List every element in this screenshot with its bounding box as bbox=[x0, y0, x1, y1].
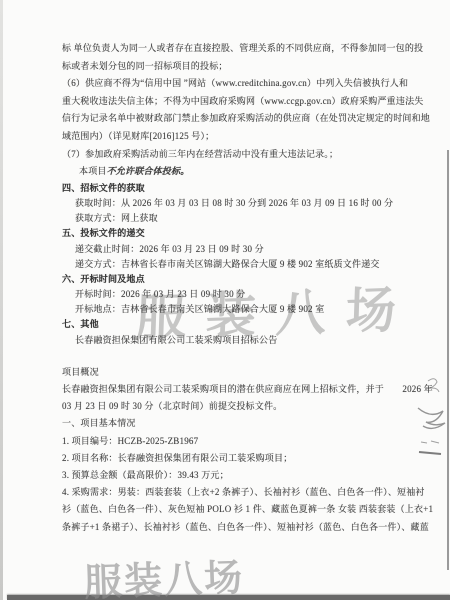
doc-line: 3. 预算总金额（最高限价）：39.43 万元； bbox=[62, 467, 402, 484]
no-consortium-line: 本项目不允许联合体投标。 bbox=[62, 163, 402, 181]
doc-line: 域范围内）（详见财库[2016]125 号）； bbox=[62, 128, 402, 146]
doc-line: 03 月 23 日 09 时 30 分（北京时间）前提交投标文件。 bbox=[62, 398, 402, 415]
doc-line: 标或者未划分包的同一招标项目的投标； bbox=[62, 58, 402, 76]
no-consortium-emphasis: 不允许联合体投标。 bbox=[107, 166, 190, 176]
doc-line: 开标时间：2026 年 03 月 23 日 09 时 30 分 bbox=[62, 287, 402, 302]
doc-line: 衫（蓝色、白色各一件）、灰色短袖 POLO 衫 1 件、藏蓝色夏裤一条 女装 西… bbox=[62, 501, 402, 518]
doc-line: 4. 采购需求：男装：西装套装（上衣+2 条裤子）、长袖衬衫（蓝色、白色各一件）… bbox=[62, 484, 402, 501]
doc-line: （7）参加政府采购活动前三年内在经营活动中没有重大违法记录。； bbox=[62, 146, 402, 164]
section-heading-4: 四、招标文件的获取 bbox=[62, 181, 402, 196]
section-heading-5: 五、投标文件的递交 bbox=[62, 226, 402, 241]
doc-line: （6）供应商不得为“信用中国 ”网站（www.creditchina.gov.c… bbox=[62, 75, 402, 93]
scanned-document-page: 服装八场 服装八场 标 单位负责人为同一人或者存在直接控股、管理关系的不同供应商… bbox=[0, 0, 450, 600]
doc-line: 长春融资担保集团有限公司工装采购项目的潜在供应商应在网上招标文件，并于 2026… bbox=[62, 381, 402, 398]
section-heading-6: 六、开标时间及地点 bbox=[62, 272, 402, 287]
watermark-bottom: 服装八场 bbox=[83, 546, 245, 600]
doc-line: 条裤子+1 条裙子）、长袖衬衫（蓝色、白色各一件）、短袖衬衫（蓝色、白色各一件）… bbox=[62, 519, 402, 536]
doc-line: 信行为记录名单中被财政部门禁止参加政府采购活动的供应商（在处罚决定规定的时间和地 bbox=[62, 110, 402, 128]
scan-bottom-shadow bbox=[7, 595, 450, 600]
doc-line: 递交截止时间：2026 年 03 月 23 日 09 时 30 分 bbox=[62, 242, 402, 257]
doc-line: 开标地点：吉林省长春市南关区锦湖大路保合大厦 9 楼 902 室 bbox=[62, 302, 402, 317]
overview-title: 项目概况 bbox=[62, 364, 402, 381]
project-overview: 项目概况 长春融资担保集团有限公司工装采购项目的潜在供应商应在网上招标文件，并于… bbox=[62, 364, 402, 536]
doc-line: 1. 项目编号：HCZB-2025-ZB1967 bbox=[62, 433, 402, 450]
doc-line: 2. 项目名称：长春融资担保集团有限公司工装采购项目； bbox=[62, 450, 402, 467]
intro-paragraphs: 标 单位负责人为同一人或者存在直接控股、管理关系的不同供应商，不得参加同一包的投… bbox=[62, 40, 402, 181]
numbered-sections: 四、招标文件的获取 获取时间：从 2026 年 03 月 03 日 08 时 3… bbox=[62, 181, 402, 348]
no-consortium-prefix: 本项目 bbox=[79, 166, 107, 176]
doc-line: 递交方式：吉林省长春市南关区锦湖大路保合大厦 9 楼 902 室纸质文件递交 bbox=[62, 257, 402, 272]
basic-info-heading: 一、项目基本情况 bbox=[62, 415, 402, 432]
document-text-column: 标 单位负责人为同一人或者存在直接控股、管理关系的不同供应商，不得参加同一包的投… bbox=[62, 40, 402, 536]
announcement-title-line: 长春融资担保集团有限公司工装采购项目招标公告 bbox=[62, 333, 402, 348]
doc-line: 获取时间：从 2026 年 03 月 03 日 08 时 30 分到 2026 … bbox=[62, 196, 402, 211]
doc-line: 标 单位负责人为同一人或者存在直接控股、管理关系的不同供应商，不得参加同一包的投 bbox=[62, 40, 402, 58]
doc-line: 重大税收违法失信主体；不得为中国政府采购网（www.ccgp.gov.cn）政府… bbox=[62, 93, 402, 111]
section-heading-7: 七、其他 bbox=[62, 317, 402, 332]
scan-edge-line bbox=[447, 150, 449, 570]
scan-left-shadow bbox=[0, 0, 3, 600]
doc-line: 获取方式：网上获取 bbox=[62, 211, 402, 226]
